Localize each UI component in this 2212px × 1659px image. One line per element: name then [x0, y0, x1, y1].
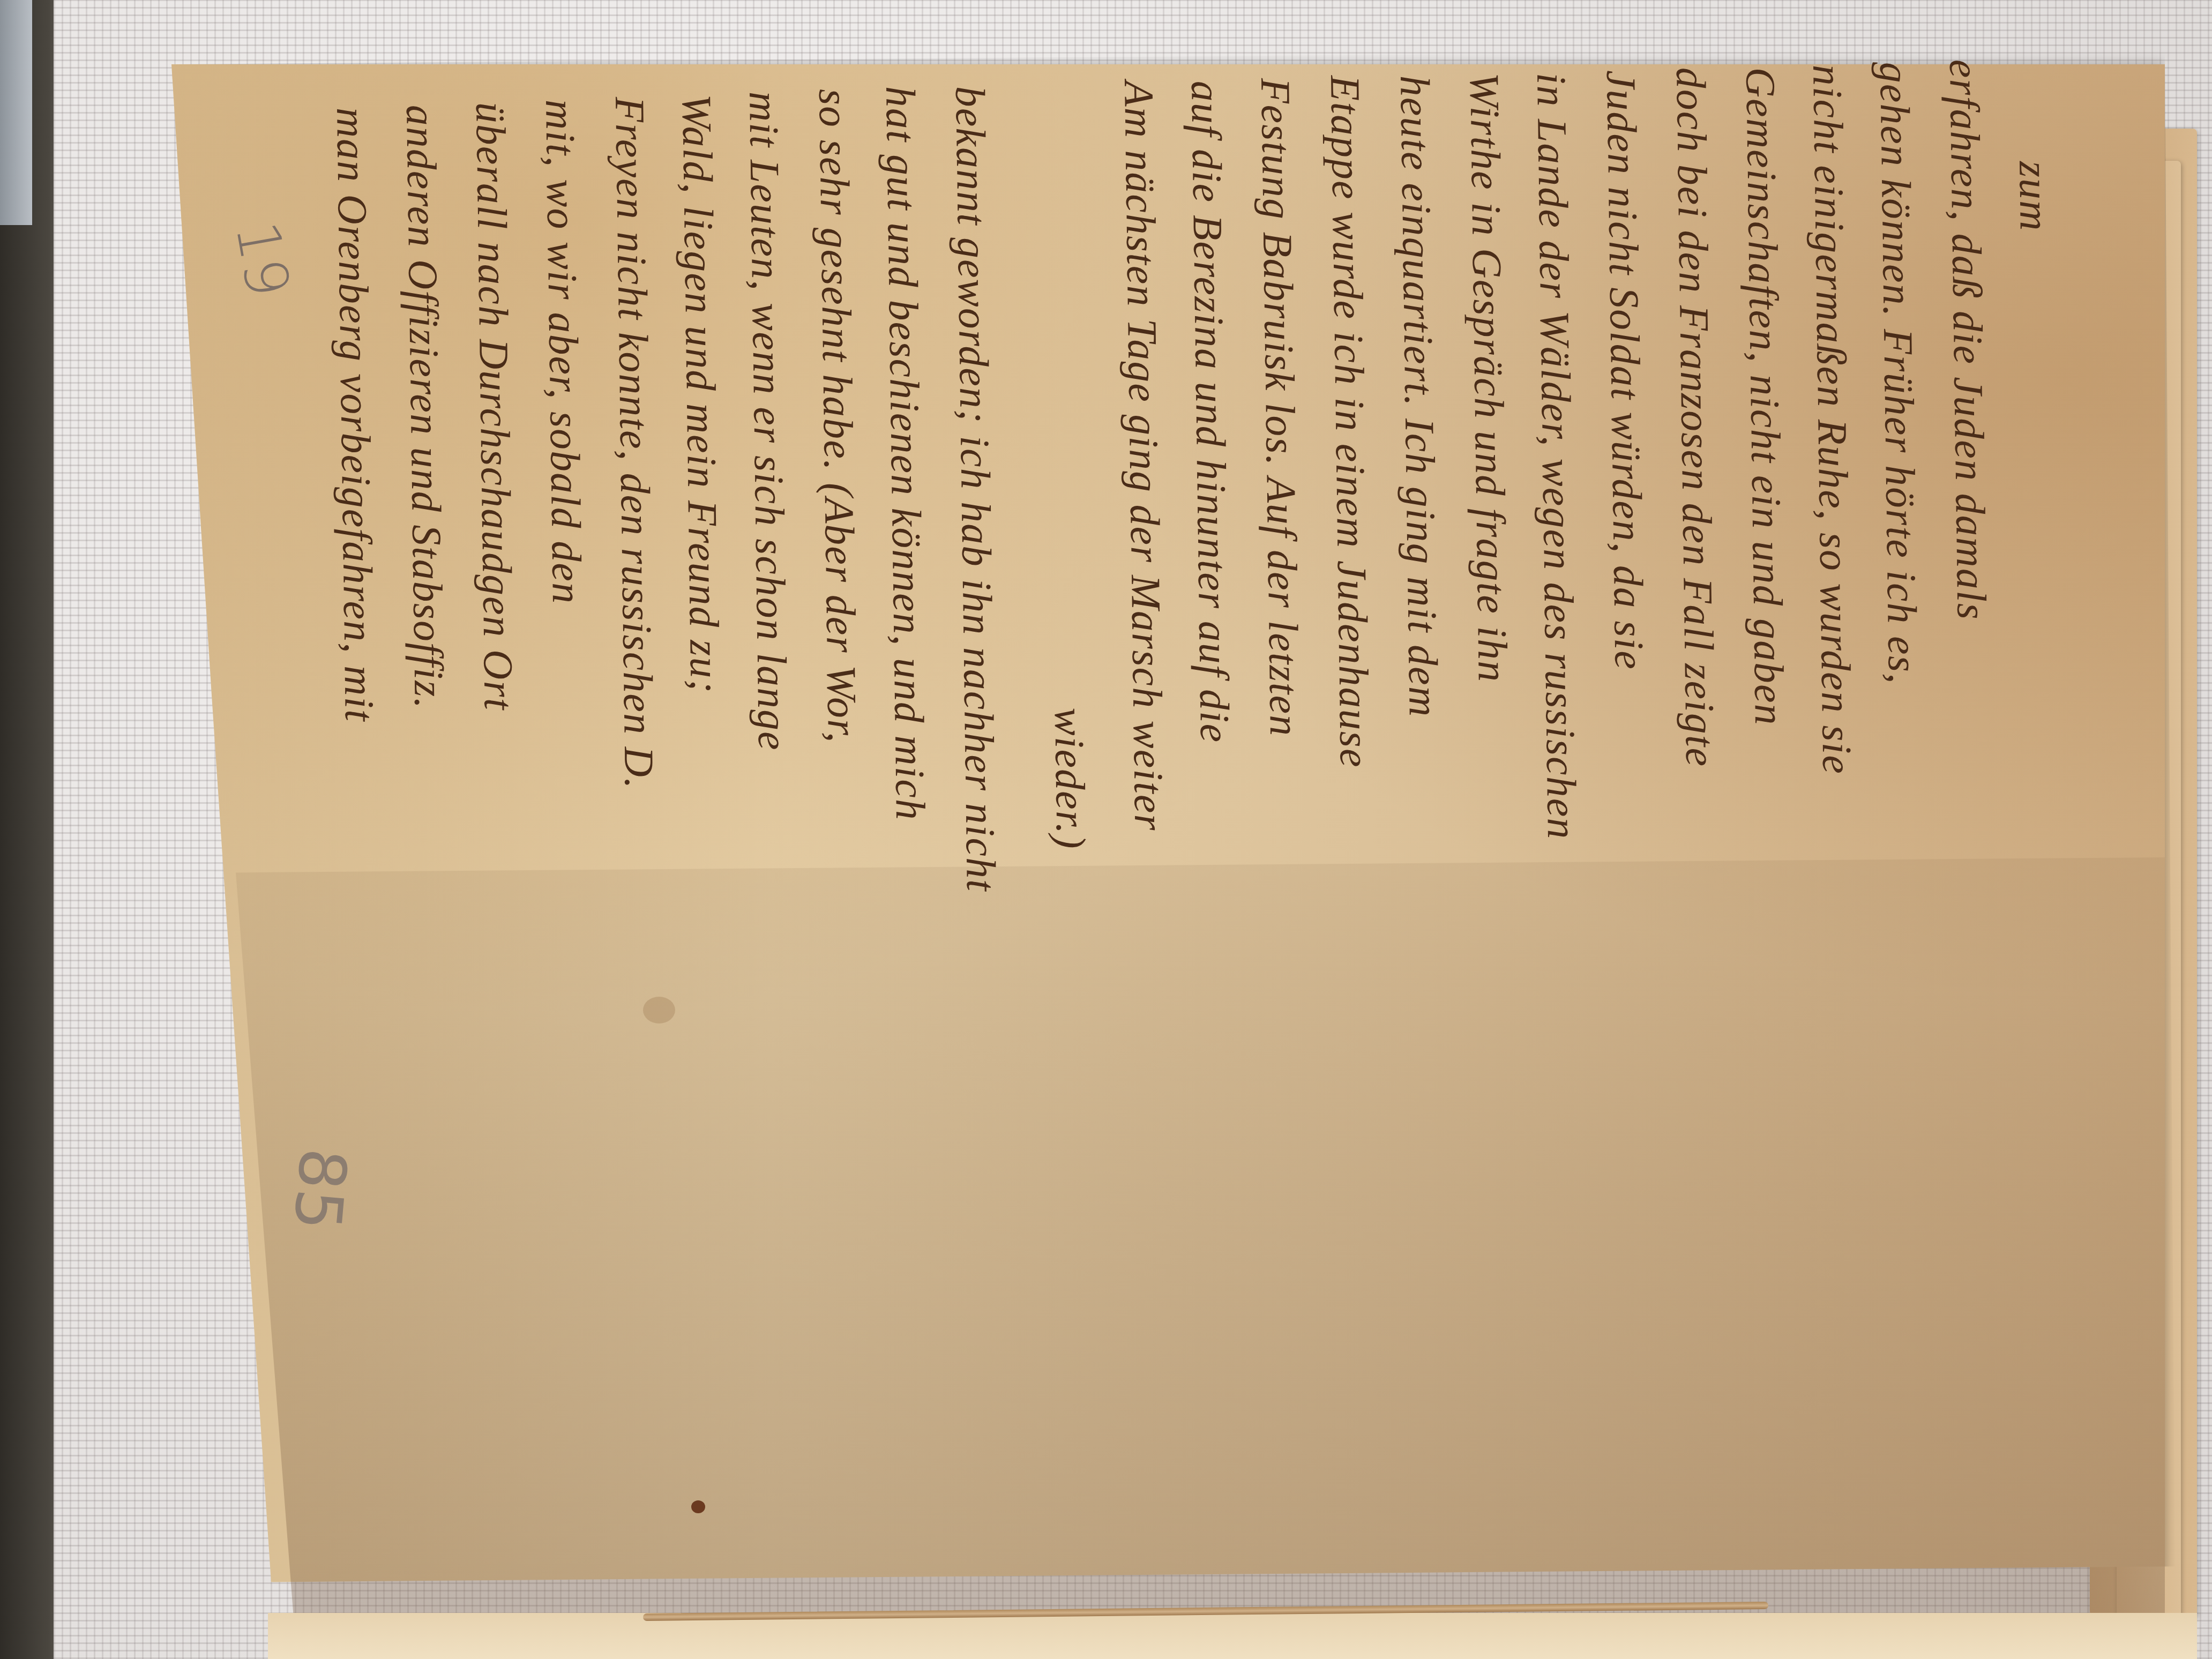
- text-line: so sehr gesehnt habe. (Aber der Wor,: [809, 88, 866, 744]
- text-line: Juden nicht Soldat würden, da sie: [1597, 70, 1654, 670]
- text-line: mit Leuten, wenn er sich schon lange: [739, 91, 797, 751]
- text-line: doch bei den Franzosen den Fall zeigte: [1667, 67, 1724, 768]
- text-line: erfahren, daß die Juden damals: [1940, 59, 1996, 621]
- gray-object-edge: [0, 0, 32, 225]
- text-line: man Orenberg vorbeigefahren, mit: [327, 107, 384, 722]
- text-line: überall nach Durchschaudgen Ort: [466, 102, 523, 711]
- text-line: nicht einigermaßen Ruhe, so wurden sie: [1803, 64, 1861, 775]
- page-number: 19: [222, 216, 303, 302]
- paper-stain: [643, 997, 675, 1023]
- text-line: heute einquartiert. Ich ging mit dem: [1391, 75, 1448, 718]
- text-line: anderen Offizieren und Stabsoffiz.: [397, 104, 453, 709]
- text-line: wieder.): [1045, 707, 1095, 850]
- text-line: auf die Berezina und hinunter auf die: [1182, 80, 1239, 744]
- text-line: Festung Babruisk los. Auf der letzten: [1251, 78, 1309, 737]
- next-page-edge: [268, 1613, 2197, 1659]
- text-line: Wirthe in Gespräch und fragte ihn: [1460, 72, 1517, 683]
- text-line: Gemeinschaften, nicht ein und gaben: [1736, 67, 1793, 726]
- text-line: hat gut und beschienen können, und mich: [876, 86, 935, 821]
- text-line: zum: [2009, 161, 2059, 232]
- text-line: Etappe wurde ich in einem Judenhause: [1321, 75, 1379, 768]
- text-line: Wald, liegen und mein Freund zu;: [672, 94, 729, 694]
- text-line: gehen können. Früher hörte ich es,: [1870, 62, 1927, 685]
- text-line: mit, wo wir aber, sobald den: [536, 99, 591, 604]
- pencil-annotation: 85: [279, 1145, 360, 1233]
- ink-stain: [691, 1500, 705, 1513]
- text-line: Freyen nicht konnte, den russischen D.: [606, 96, 663, 790]
- page-fold-shadow: [236, 857, 2165, 1618]
